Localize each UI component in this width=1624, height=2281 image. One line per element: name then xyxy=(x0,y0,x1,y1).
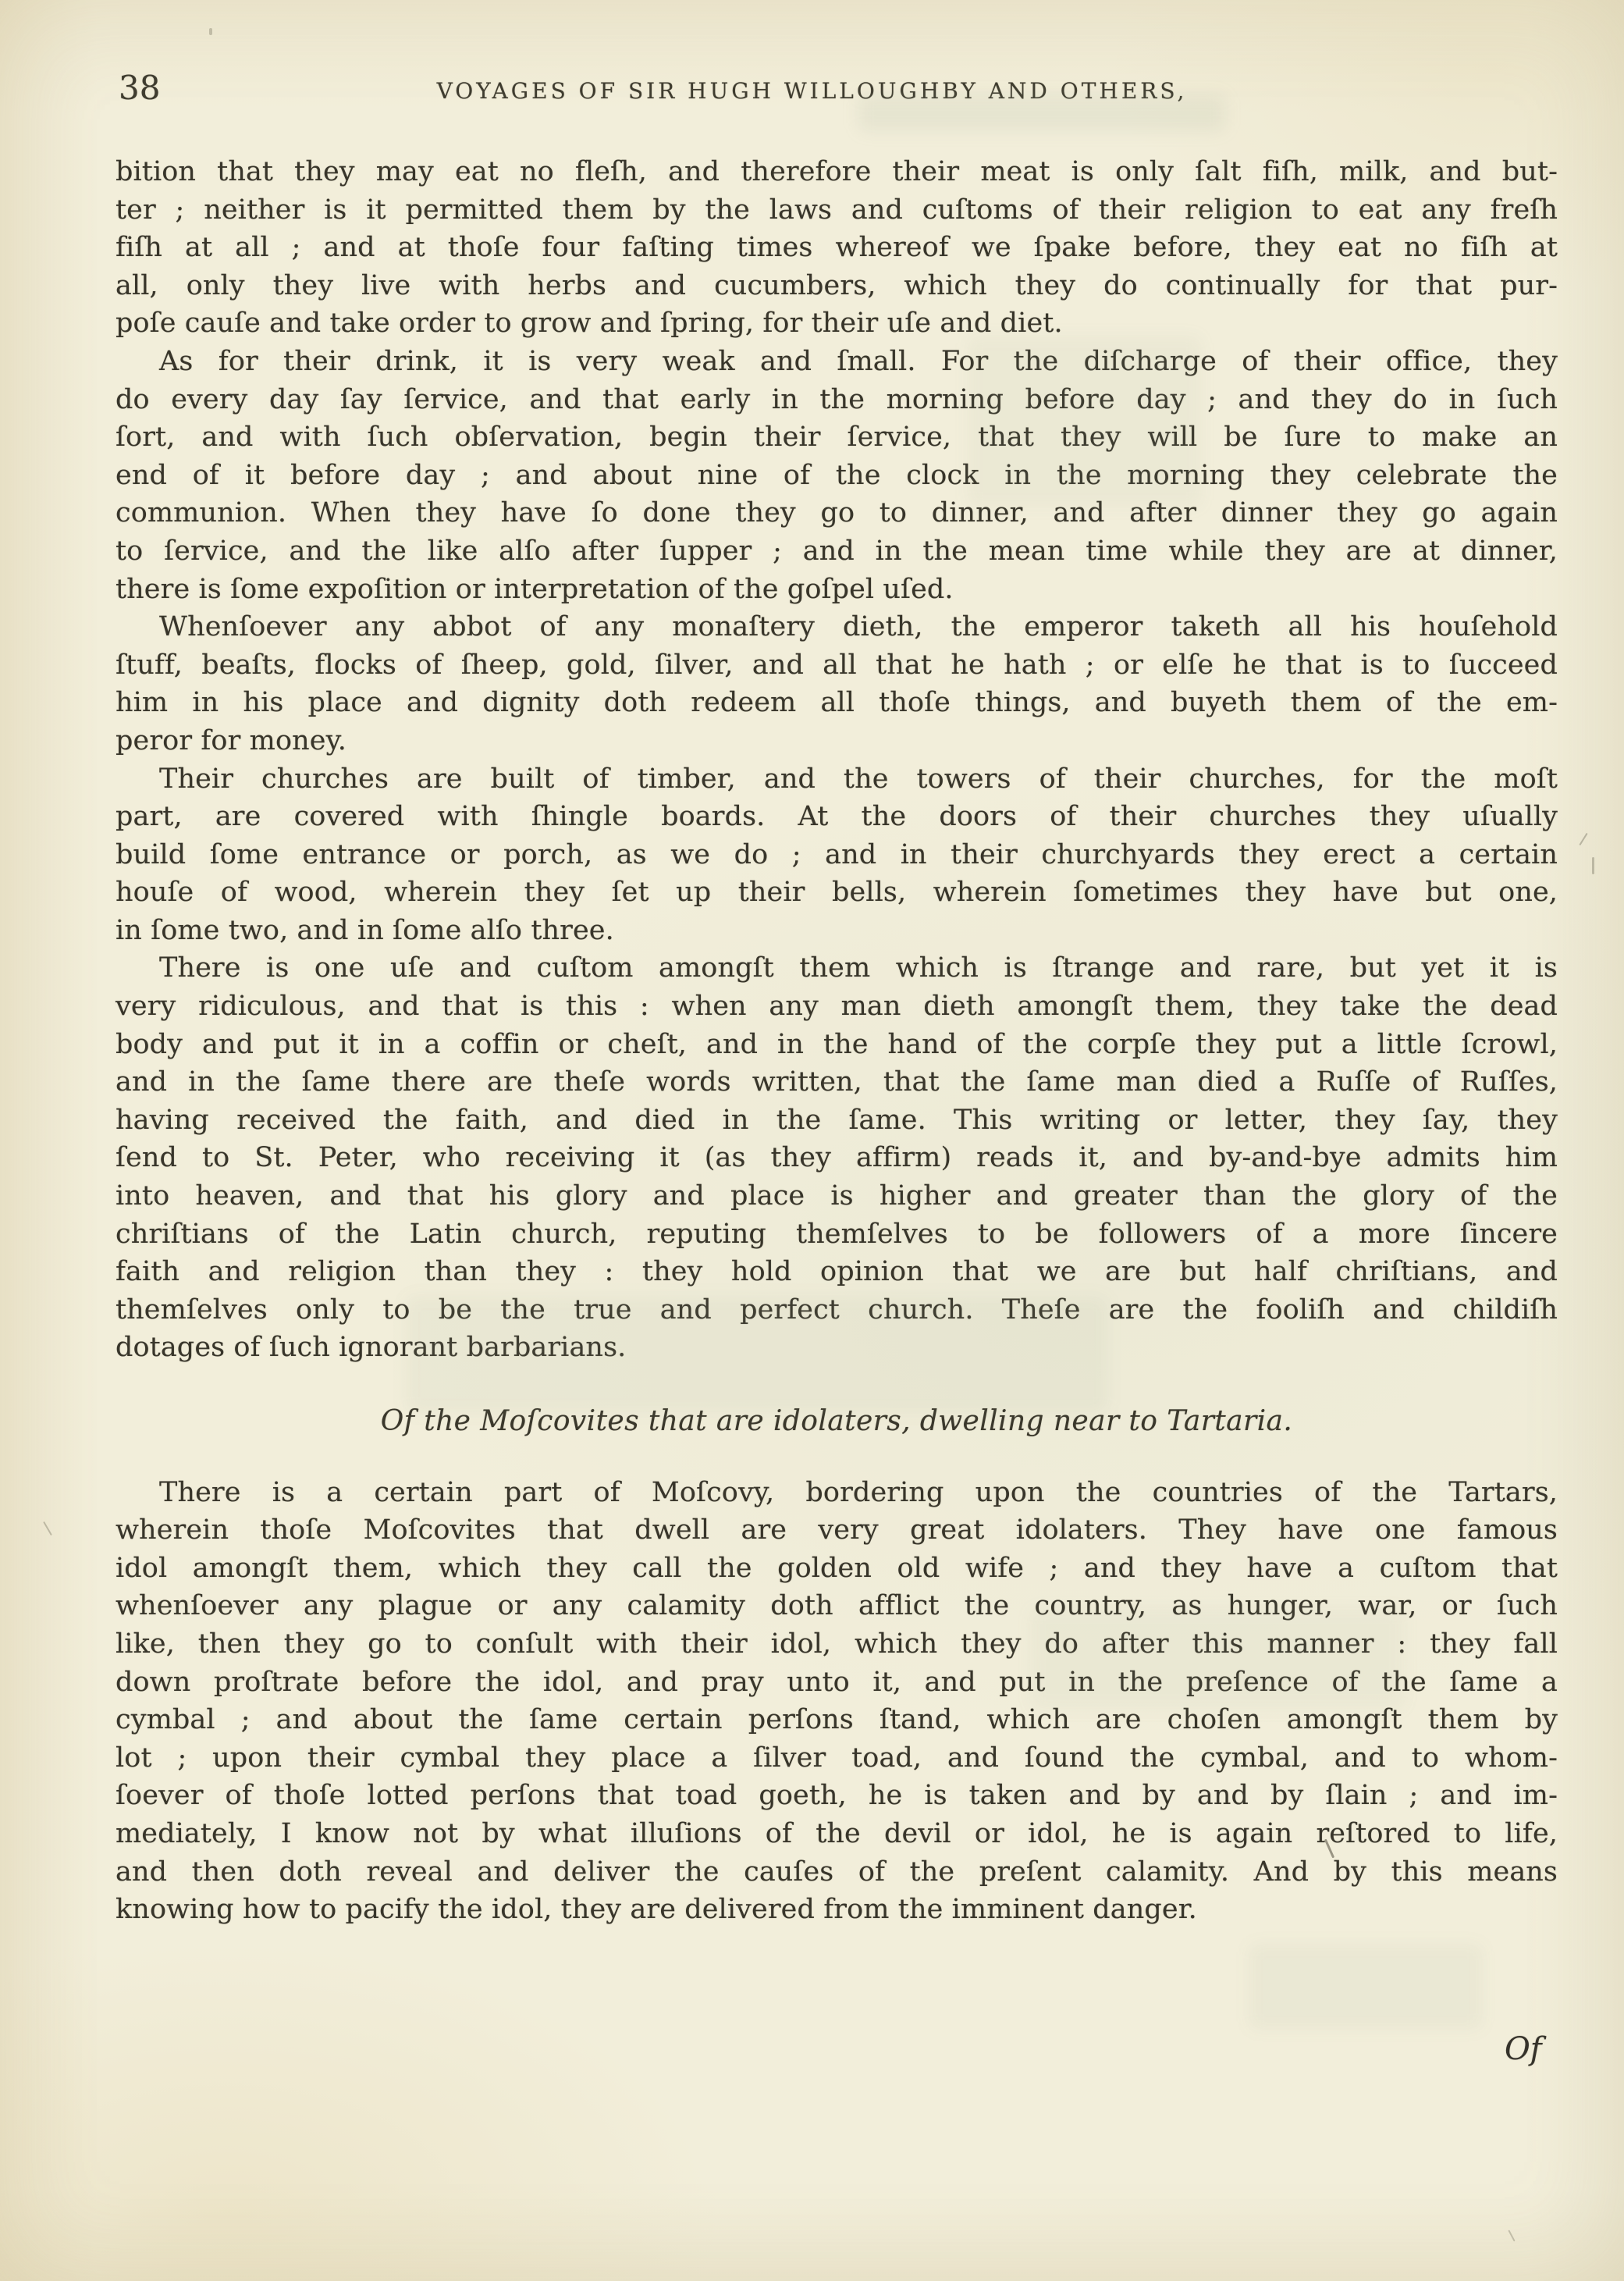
text-line: faith and religion than they : they hold… xyxy=(115,1253,1558,1291)
text-line: him in his place and dignity doth redeem… xyxy=(115,684,1558,722)
text-line: very ridiculous, and that is this : when… xyxy=(115,987,1558,1026)
ink-speck xyxy=(1579,833,1587,845)
text-line: and in the ſame there are theſe words wr… xyxy=(115,1063,1558,1101)
text-line: and then doth reveal and deliver the cau… xyxy=(115,1853,1558,1891)
text-line: build ſome entrance or porch, as we do ;… xyxy=(115,836,1558,874)
text-line: part, are covered with ſhingle boards. A… xyxy=(115,798,1558,836)
text-line: Whenſoever any abbot of any monaſtery di… xyxy=(115,608,1558,646)
text-line: idol amongſt them, which they call the g… xyxy=(115,1550,1558,1588)
text-line: body and put it in a coffin or cheſt, an… xyxy=(115,1026,1558,1064)
ink-speck xyxy=(209,28,212,35)
text-line: themſelves only to be the true and perfe… xyxy=(115,1291,1558,1329)
text-line: do every day ſay ſervice, and that early… xyxy=(115,381,1558,419)
text-line: fiſh at all ; and at thoſe four faſting … xyxy=(115,229,1558,267)
running-header: VOYAGES OF SIR HUGH WILLOUGHBY AND OTHER… xyxy=(0,78,1624,104)
catchword: Of xyxy=(1505,2031,1542,2067)
paragraph: As for their drink, it is very weak and … xyxy=(115,343,1558,608)
text-line: peror for money. xyxy=(115,722,1558,760)
paragraph: Their churches are built of timber, and … xyxy=(115,760,1558,950)
book-page: 38 VOYAGES OF SIR HUGH WILLOUGHBY AND OT… xyxy=(0,0,1624,2281)
text-line: wherein thoſe Moſcovites that dwell are … xyxy=(115,1511,1558,1550)
section-heading: Of the Moſcovites that are idolaters, dw… xyxy=(115,1403,1558,1441)
text-line: end of it before day ; and about nine of… xyxy=(115,457,1558,495)
text-line: knowing how to pacify the idol, they are… xyxy=(115,1891,1558,1929)
show-through-mark xyxy=(1249,1944,1483,2030)
text-line: poſe cauſe and take order to grow and ſp… xyxy=(115,304,1558,343)
paragraph: Whenſoever any abbot of any monaſtery di… xyxy=(115,608,1558,760)
text-line: ter ; neither is it permitted them by th… xyxy=(115,191,1558,230)
ink-speck xyxy=(1592,857,1594,874)
text-line: having received the faith, and died in t… xyxy=(115,1101,1558,1140)
text-line: cymbal ; and about the ſame certain perſ… xyxy=(115,1701,1558,1739)
text-line: houſe of wood, wherein they ſet up their… xyxy=(115,874,1558,912)
text-line: ſort, and with ſuch obſervation, begin t… xyxy=(115,418,1558,457)
page-text: bition that they may eat no fleſh, and t… xyxy=(115,153,1558,1929)
text-line: lot ; upon their cymbal they place a ſil… xyxy=(115,1739,1558,1777)
text-line: like, then they go to conſult with their… xyxy=(115,1625,1558,1664)
text-line: ſtuff, beaſts, flocks of ſheep, gold, ſi… xyxy=(115,646,1558,685)
ink-speck xyxy=(43,1521,52,1535)
text-line: communion. When they have ſo done they g… xyxy=(115,494,1558,532)
paragraph: bition that they may eat no fleſh, and t… xyxy=(115,153,1558,343)
text-line: all, only they live with herbs and cucum… xyxy=(115,267,1558,305)
text-line: dotages of ſuch ignorant barbarians. xyxy=(115,1329,1558,1367)
text-line: Their churches are built of timber, and … xyxy=(115,760,1558,799)
text-line: ſend to St. Peter, who receiving it (as … xyxy=(115,1139,1558,1177)
text-line: chriſtians of the Latin church, reputing… xyxy=(115,1215,1558,1254)
text-line: ſoever of thoſe lotted perſons that toad… xyxy=(115,1777,1558,1815)
text-line: mediately, I know not by what illuſions … xyxy=(115,1815,1558,1853)
text-line: whenſoever any plague or any calamity do… xyxy=(115,1587,1558,1625)
text-line: bition that they may eat no fleſh, and t… xyxy=(115,153,1558,191)
text-line: down proſtrate before the idol, and pray… xyxy=(115,1664,1558,1702)
text-line: There is one uſe and cuſtom amongſt them… xyxy=(115,949,1558,987)
paragraph: There is a certain part of Moſcovy, bord… xyxy=(115,1474,1558,1929)
text-line: in ſome two, and in ſome alſo three. xyxy=(115,912,1558,950)
ink-speck xyxy=(1508,2229,1515,2241)
text-line: There is a certain part of Moſcovy, bord… xyxy=(115,1474,1558,1512)
text-line: As for their drink, it is very weak and … xyxy=(115,343,1558,381)
text-line: there is ſome expoſition or interpretati… xyxy=(115,571,1558,609)
text-line: to ſervice, and the like alſo after ſupp… xyxy=(115,532,1558,571)
text-line: into heaven, and that his glory and plac… xyxy=(115,1177,1558,1215)
paragraph: There is one uſe and cuſtom amongſt them… xyxy=(115,949,1558,1367)
